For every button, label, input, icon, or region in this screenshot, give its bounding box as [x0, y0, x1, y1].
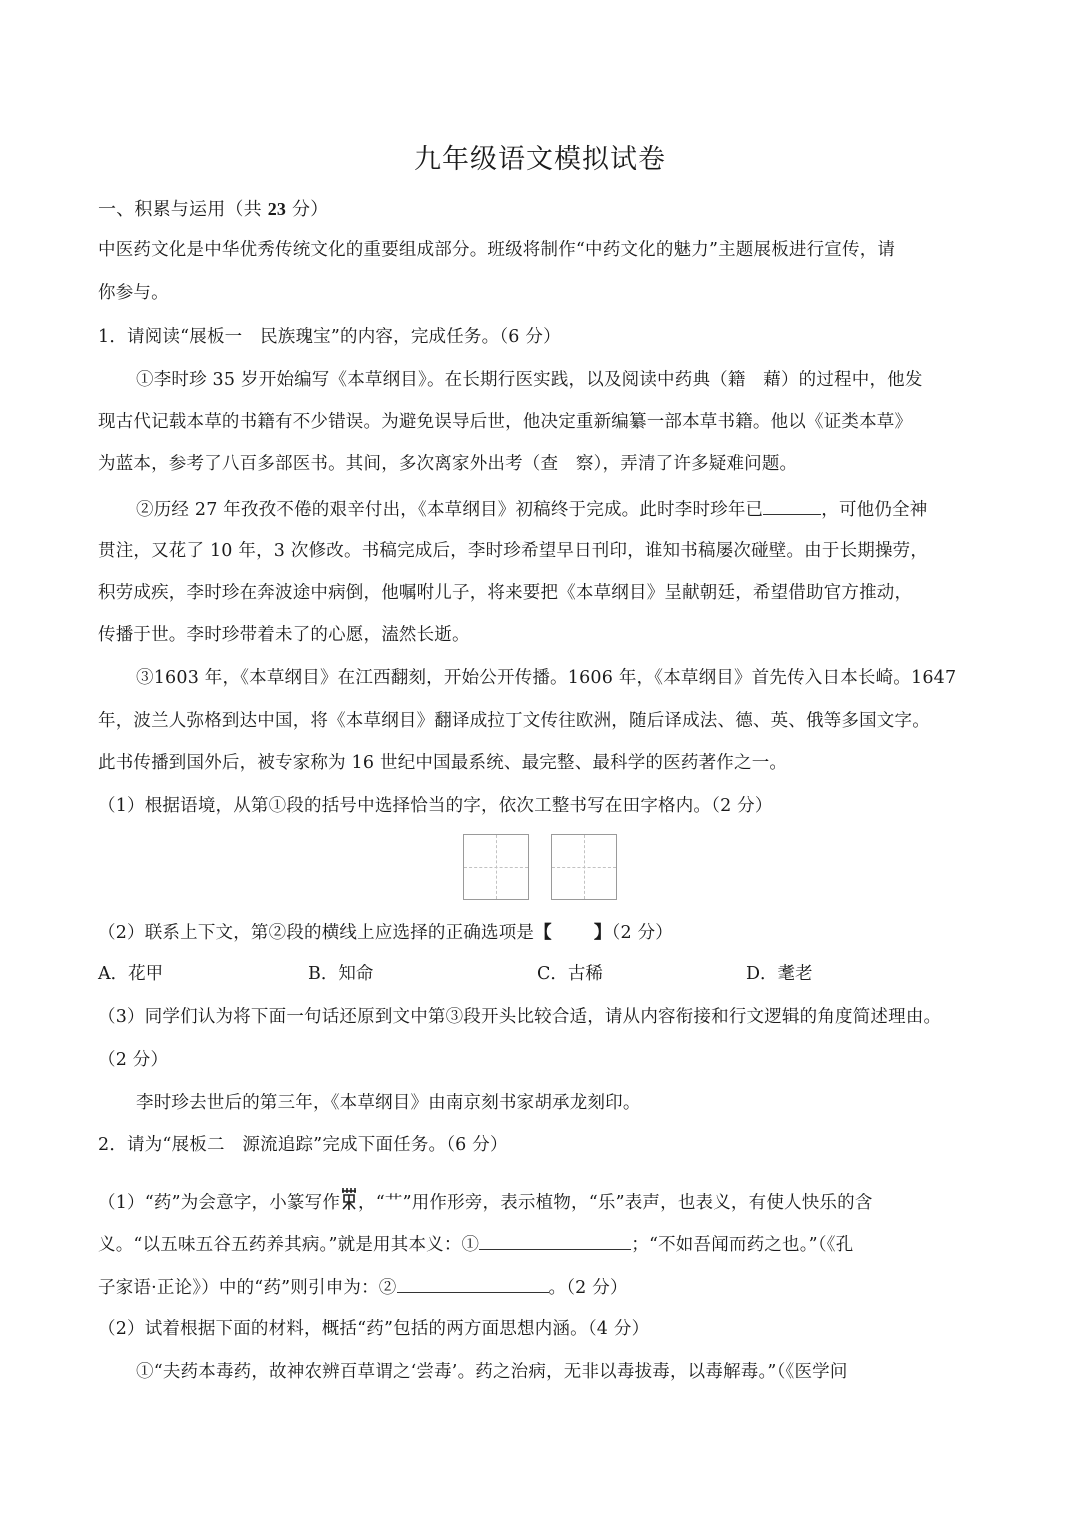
sub-question: 子家语·正论》）中的“药”则引申为：②。（2 分） — [98, 1274, 998, 1300]
passage-line: 积劳成疾，李时珍在奔波途中病倒，他嘱咐儿子，将来要把《本草纲目》呈献朝廷，希望借… — [98, 581, 998, 605]
passage-line: 此书传播到国外后，被专家称为 16 世纪中国最系统、最完整、最科学的医药著作之一… — [98, 751, 998, 775]
tianzige-box-1[interactable] — [463, 834, 529, 900]
sub-question: （2）联系上下文，第②段的横线上应选择的正确选项是【】（2 分） — [98, 920, 998, 945]
quote-sentence: 李时珍去世后的第三年，《本草纲目》由南京刻书家胡承龙刻印。 — [136, 1091, 1036, 1115]
passage-line: 贯注，又花了 10 年，3 次修改。书稿完成后，李时珍希望早日刊印，谁知书稿屡次… — [98, 539, 998, 563]
option-d[interactable]: D．耄老 — [746, 962, 813, 986]
seal-script-yao-icon — [340, 1187, 358, 1209]
section-heading: 一、积累与运用（共 23 分） — [98, 197, 998, 222]
option-b[interactable]: B．知命 — [308, 962, 373, 986]
points-label: （2 分） — [612, 923, 673, 943]
sub-question-text: （1）“药”为会意字，小篆写作 — [98, 1193, 340, 1213]
passage-line: 为蓝本，参考了八百多部医书。其间，多次离家外出考（查 察），弄清了许多疑难问题。 — [98, 452, 998, 476]
passage-line: ②历经 27 年孜孜不倦的艰辛付出，《本草纲目》初稿终于完成。此时李时珍年已，可… — [136, 496, 1036, 522]
sub-question-text: ；“不如吾闻而药之也。”（《孔 — [631, 1235, 853, 1255]
sub-question-text: （2）联系上下文，第②段的横线上应选择的正确选项是 — [98, 923, 534, 943]
passage-text: ，可他仍全神 — [821, 500, 927, 520]
tianzige-box-2[interactable] — [551, 834, 617, 900]
sub-question-text: 子家语·正论》）中的“药”则引申为：② — [98, 1278, 397, 1298]
sub-question: （2）试着根据下面的材料，概括“药”包括的两方面思想内涵。（4 分） — [98, 1317, 998, 1341]
passage-text: ②历经 27 年孜孜不倦的艰辛付出，《本草纲目》初稿终于完成。此时李时珍年已 — [136, 500, 763, 520]
section-heading-prefix: 一、积累与运用（共 — [98, 199, 268, 220]
fill-blank[interactable] — [763, 496, 821, 515]
material-text: ①“夫药本毒药，故神农辨百草谓之‘尝毒’。药之治病，无非以毒拔毒，以毒解毒。”（… — [136, 1360, 1036, 1384]
section-heading-suffix: 分） — [286, 199, 328, 220]
passage-line: 年，波兰人弥格到达中国，将《本草纲目》翻译成拉丁文传往欧洲，随后译成法、德、英、… — [98, 709, 998, 733]
page-title: 九年级语文模拟试卷 — [0, 143, 1080, 177]
sub-question: （1）“药”为会意字，小篆写作，“艹”用作形旁，表示植物，“乐”表声，也表义，有… — [98, 1187, 998, 1215]
sub-question-text: 义。“以五味五谷五药养其病。”就是用其本义：① — [98, 1235, 479, 1255]
sub-question: （1）根据语境，从第①段的括号中选择恰当的字，依次工整书写在田字格内。（2 分） — [98, 794, 998, 818]
passage-line: ③1603 年，《本草纲目》在江西翻刻，开始公开传播。1606 年，《本草纲目》… — [136, 666, 1036, 690]
sub-question: 义。“以五味五谷五药养其病。”就是用其本义：①；“不如吾闻而药之也。”（《孔 — [98, 1231, 998, 1257]
question-stem: 2．请为“展板二 源流追踪”完成下面任务。（6 分） — [98, 1133, 998, 1157]
question-stem: 1．请阅读“展板一 民族瑰宝”的内容，完成任务。（6 分） — [98, 325, 998, 349]
sub-question-text: 。（2 分） — [549, 1278, 628, 1298]
passage-line: 传播于世。李时珍带着未了的心愿，溘然长逝。 — [98, 623, 998, 647]
section-points: 23 — [268, 199, 286, 219]
option-c[interactable]: C．古稀 — [537, 962, 603, 986]
sub-question-text: ，“艹”用作形旁，表示植物，“乐”表声，也表义，有使人快乐的含 — [358, 1193, 872, 1213]
fill-blank-2[interactable] — [397, 1274, 549, 1293]
sub-question: （2 分） — [98, 1048, 998, 1072]
intro-text: 中医药文化是中华优秀传统文化的重要组成部分。班级将制作“中药文化的魅力”主题展板… — [98, 238, 998, 262]
answer-bracket-open: 【 — [534, 922, 552, 942]
passage-line: 现古代记载本草的书籍有不少错误。为避免误导后世，他决定重新编纂一部本草书籍。他以… — [98, 410, 998, 434]
intro-text: 你参与。 — [98, 281, 998, 305]
sub-question: （3）同学们认为将下面一句话还原到文中第③段开头比较合适，请从内容衔接和行文逻辑… — [98, 1005, 998, 1029]
answer-bracket-close: 】 — [594, 922, 612, 942]
option-a[interactable]: A．花甲 — [98, 962, 163, 986]
fill-blank-1[interactable] — [479, 1231, 631, 1250]
passage-line: ①李时珍 35 岁开始编写《本草纲目》。在长期行医实践，以及阅读中药典（籍 藉）… — [136, 368, 1036, 392]
